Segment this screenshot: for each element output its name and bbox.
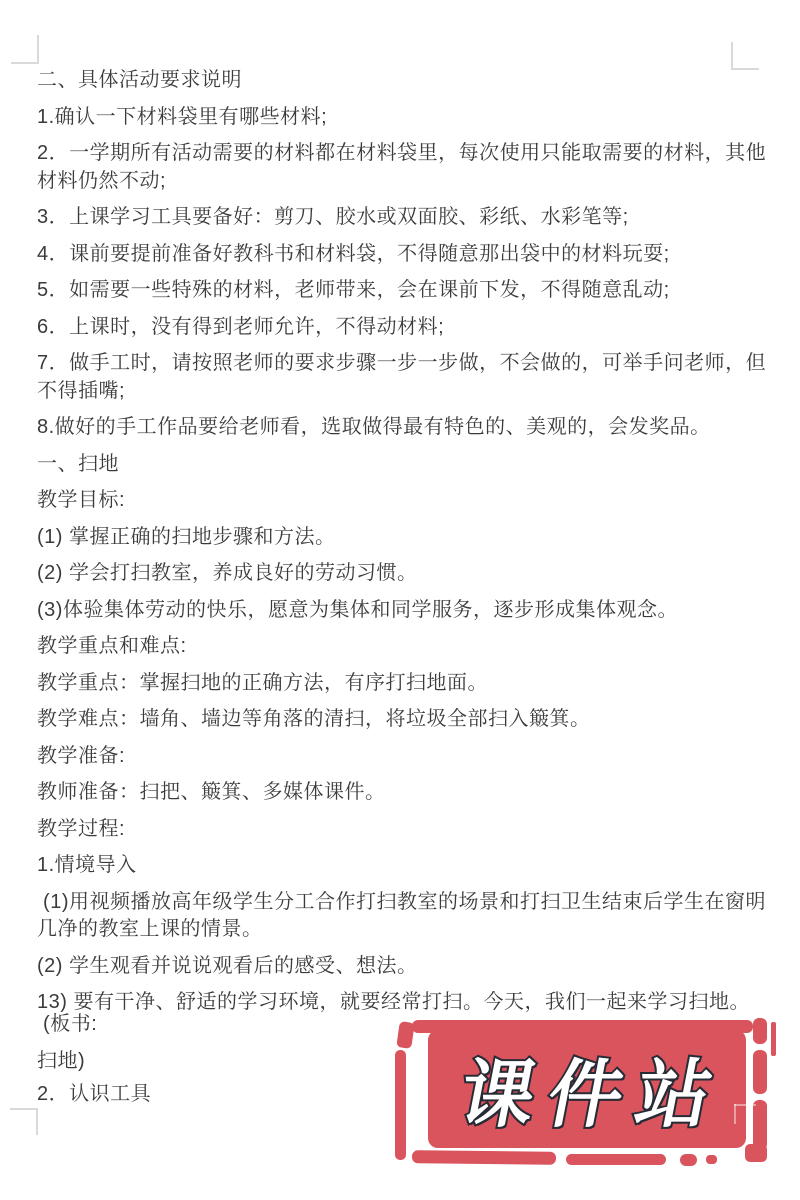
stamp-body: 课件站	[428, 1030, 746, 1148]
stamp-frame-right-bar-2	[753, 1050, 767, 1094]
stamp-frame-bottom-bar-1	[412, 1150, 556, 1165]
text-boundary-mark-top-left-v	[37, 35, 39, 64]
doc-line: (1) 掌握正确的扫地步骤和方法。	[37, 527, 797, 548]
stamp-frame-bottom-right-corner	[745, 1144, 767, 1162]
stamp-frame-bottom-dash	[706, 1155, 717, 1164]
text-boundary-mark-top-right-v	[731, 42, 733, 70]
doc-line: 教学重点和难点:	[37, 636, 797, 657]
stamp-frame-right-bar-3	[753, 1100, 767, 1150]
doc-line: (2) 学生观看并说说观看后的感受、想法。	[37, 956, 797, 977]
doc-line: 13) 要有干净、舒适的学习环境，就要经常打扫。今天，我们一起来学习扫地。	[37, 992, 797, 1013]
doc-line: 5．如需要一些特殊的材料，老师带来，会在课前下发，不得随意乱动;	[37, 280, 797, 301]
stamp-frame-right-speck	[771, 1022, 776, 1056]
doc-line: 1.确认一下材料袋里有哪些材料;	[37, 107, 797, 128]
doc-line: 不得插嘴;	[37, 381, 797, 402]
stamp-text: 课件站	[438, 1036, 737, 1142]
stamp-frame-right-bar-1	[753, 1018, 767, 1044]
doc-line: 教学过程:	[37, 819, 797, 840]
stamp-frame-bottom-dot	[680, 1154, 697, 1166]
stamp-frame-bottom-bar-2	[566, 1154, 666, 1165]
doc-line: 7．做手工时，请按照老师的要求步骤一步一步做，不会做的，可举手问老师，但	[37, 353, 797, 374]
text-boundary-mark-bottom-right-h	[734, 1104, 756, 1106]
text-boundary-mark-top-right-h	[731, 68, 759, 70]
doc-line: 6．上课时，没有得到老师允许，不得动材料;	[37, 317, 797, 338]
text-boundary-mark-top-left-h	[11, 62, 39, 64]
doc-line: 2．一学期所有活动需要的材料都在材料袋里，每次使用只能取需要的材料，其他	[37, 143, 797, 164]
text-boundary-mark-bottom-left-v	[36, 1108, 38, 1135]
doc-line: 8.做好的手工作品要给老师看，选取做得最有特色的、美观的，会发奖品。	[37, 417, 797, 438]
doc-line-heading: 一、扫地	[37, 454, 797, 475]
text-boundary-mark-bottom-left-h	[10, 1108, 38, 1110]
doc-line: 材料仍然不动;	[37, 171, 797, 192]
doc-line: (2) 学会打扫教室，养成良好的劳动习惯。	[37, 563, 797, 584]
doc-line: 教学目标:	[37, 490, 797, 511]
document-page: { "page": { "background": "#ffffff", "te…	[0, 0, 800, 1200]
doc-line: (1)用视频播放高年级学生分工合作打扫教室的场景和打扫卫生结束后学生在窗明	[37, 892, 797, 913]
doc-line-heading: 二、具体活动要求说明	[37, 70, 797, 91]
text-boundary-mark-bottom-right-v	[734, 1104, 736, 1124]
doc-line: 教学重点：掌握扫地的正确方法，有序打扫地面。	[37, 673, 797, 694]
doc-line: 教师准备：扫把、簸箕、多媒体课件。	[37, 782, 797, 803]
doc-line: 教学难点：墙角、墙边等角落的清扫，将垃圾全部扫入簸箕。	[37, 709, 797, 730]
doc-line: 几净的教室上课的情景。	[37, 919, 797, 940]
document-text-area: 二、具体活动要求说明 1.确认一下材料袋里有哪些材料; 2．一学期所有活动需要的…	[37, 70, 797, 1105]
doc-line: (3)体验集体劳动的快乐，愿意为集体和同学服务，逐步形成集体观念。	[37, 600, 797, 621]
doc-line: 1.情境导入	[37, 855, 797, 876]
stamp-frame-left-bar	[395, 1050, 406, 1160]
doc-line: 3．上课学习工具要备好：剪刀、胶水或双面胶、彩纸、水彩笔等;	[37, 207, 797, 228]
doc-line: 4．课前要提前准备好教科书和材料袋，不得随意那出袋中的材料玩耍;	[37, 244, 797, 265]
doc-line: 教学准备:	[37, 746, 797, 767]
